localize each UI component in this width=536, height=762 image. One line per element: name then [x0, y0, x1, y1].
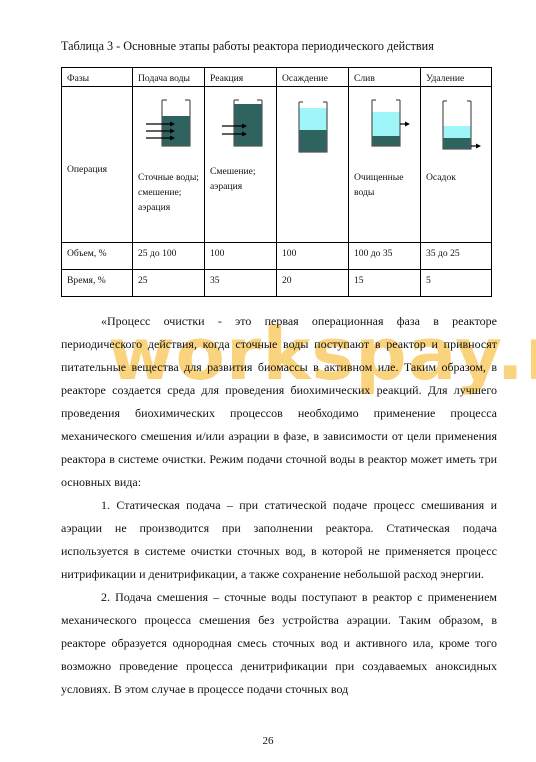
table-cell: Осадок [421, 87, 492, 243]
row-label: Объем, % [62, 243, 133, 270]
reactor-sludge-removal-icon [431, 96, 481, 154]
table-cell: 35 [205, 270, 277, 297]
table-cell: 100 [277, 243, 349, 270]
reactor-settling-icon [288, 96, 338, 154]
table-cell: 25 до 100 [133, 243, 205, 270]
table-cell: 100 до 35 [349, 243, 421, 270]
header-cell: Фазы [62, 68, 133, 87]
header-cell: Удаление [421, 68, 492, 87]
table-row-time: Время, % 25 35 20 15 5 [62, 270, 492, 297]
table-cell: Смешение; аэрация [205, 87, 277, 243]
table-row-volume: Объем, % 25 до 100 100 100 100 до 35 35 … [62, 243, 492, 270]
reactor-phases-table: Фазы Подача воды Реакция Осаждение Слив … [61, 67, 492, 297]
table-row-operation: Операция Сточные воды; смешение; аэрация [62, 87, 492, 243]
list-item-static-feed: 1. Статическая подача – при статической … [61, 494, 497, 586]
table-cell: 5 [421, 270, 492, 297]
row-label: Время, % [62, 270, 133, 297]
reactor-fill-icon [144, 96, 194, 154]
table-cell: 15 [349, 270, 421, 297]
table-cell: 100 [205, 243, 277, 270]
reactor-drain-icon [360, 96, 410, 154]
table-cell: 20 [277, 270, 349, 297]
header-cell: Реакция [205, 68, 277, 87]
row-label: Операция [62, 87, 133, 243]
header-cell: Слив [349, 68, 421, 87]
table-cell: Сточные воды; смешение; аэрация [133, 87, 205, 243]
operation-text: Смешение; аэрация [210, 164, 271, 194]
operation-text: Сточные воды; смешение; аэрация [138, 170, 199, 215]
table-caption: Таблица 3 - Основные этапы работы реакто… [61, 39, 434, 54]
operation-text: Очищенные воды [354, 170, 415, 200]
table-cell: 25 [133, 270, 205, 297]
table-cell [277, 87, 349, 243]
table-header-row: Фазы Подача воды Реакция Осаждение Слив … [62, 68, 492, 87]
table-cell: 35 до 25 [421, 243, 492, 270]
operation-text: Осадок [426, 170, 486, 185]
page-number: 26 [0, 735, 536, 747]
operation-label: Операция [67, 162, 127, 177]
table-cell: Очищенные воды [349, 87, 421, 243]
paragraph-intro: «Процесс очистки - это первая операционн… [61, 310, 497, 494]
body-text: «Процесс очистки - это первая операционн… [61, 310, 497, 701]
header-cell: Подача воды [133, 68, 205, 87]
list-item-mixed-feed: 2. Подача смешения – сточные воды поступ… [61, 586, 497, 701]
reactor-reaction-icon [216, 96, 266, 154]
header-cell: Осаждение [277, 68, 349, 87]
